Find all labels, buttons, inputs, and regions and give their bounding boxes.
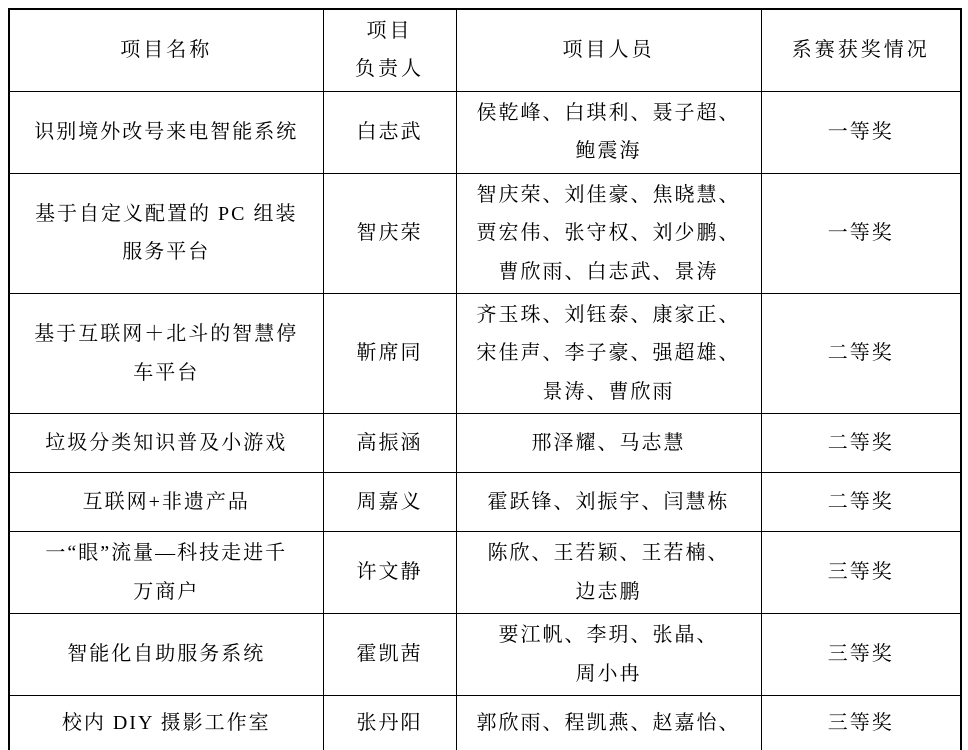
- award-cell: 一等奖: [761, 91, 961, 173]
- project-leader-cell: 高振涵: [323, 414, 456, 473]
- award-cell: 三等奖: [761, 695, 961, 750]
- project-name-cell: 智能化自助服务系统: [9, 614, 323, 696]
- project-leader-cell: 霍凯茜: [323, 614, 456, 696]
- award-cell: 三等奖: [761, 614, 961, 696]
- project-name-cell: 识别境外改号来电智能系统: [9, 91, 323, 173]
- award-cell: 一等奖: [761, 173, 961, 293]
- project-members-cell: 郭欣雨、程凯燕、赵嘉怡、: [456, 695, 761, 750]
- table-row: 校内 DIY 摄影工作室 张丹阳 郭欣雨、程凯燕、赵嘉怡、 三等奖: [9, 695, 961, 750]
- project-members-cell: 侯乾峰、白琪利、聂子超、 鲍震海: [456, 91, 761, 173]
- project-name-cell: 一“眼”流量—科技走进千 万商户: [9, 532, 323, 614]
- project-members-cell: 邢泽耀、马志慧: [456, 414, 761, 473]
- project-leader-cell: 周嘉义: [323, 473, 456, 532]
- column-header-project-members: 项目人员: [456, 9, 761, 91]
- project-members-cell: 齐玉珠、刘钰泰、康家正、 宋佳声、李子豪、强超雄、 景涛、曹欣雨: [456, 293, 761, 413]
- document-page: 项目名称 项目 负责人 项目人员 系赛获奖情况 识别境外改号来电智能系统 白志武…: [0, 0, 968, 750]
- project-leader-cell: 白志武: [323, 91, 456, 173]
- project-leader-cell: 张丹阳: [323, 695, 456, 750]
- table-row: 基于自定义配置的 PC 组装 服务平台 智庆荣 智庆荣、刘佳豪、焦晓慧、 贾宏伟…: [9, 173, 961, 293]
- column-header-award: 系赛获奖情况: [761, 9, 961, 91]
- award-cell: 二等奖: [761, 414, 961, 473]
- project-name-cell: 基于互联网＋北斗的智慧停 车平台: [9, 293, 323, 413]
- project-leader-cell: 智庆荣: [323, 173, 456, 293]
- project-members-cell: 智庆荣、刘佳豪、焦晓慧、 贾宏伟、张守权、刘少鹏、 曹欣雨、白志武、景涛: [456, 173, 761, 293]
- project-name-cell: 垃圾分类知识普及小游戏: [9, 414, 323, 473]
- project-members-cell: 霍跃锋、刘振宇、闫慧栋: [456, 473, 761, 532]
- award-cell: 二等奖: [761, 293, 961, 413]
- project-name-cell: 校内 DIY 摄影工作室: [9, 695, 323, 750]
- project-members-cell: 要江帆、李玥、张晶、 周小冉: [456, 614, 761, 696]
- project-name-cell: 互联网+非遗产品: [9, 473, 323, 532]
- column-header-project-leader: 项目 负责人: [323, 9, 456, 91]
- project-name-cell: 基于自定义配置的 PC 组装 服务平台: [9, 173, 323, 293]
- column-header-project-name: 项目名称: [9, 9, 323, 91]
- table-row: 互联网+非遗产品 周嘉义 霍跃锋、刘振宇、闫慧栋 二等奖: [9, 473, 961, 532]
- table-row: 垃圾分类知识普及小游戏 高振涵 邢泽耀、马志慧 二等奖: [9, 414, 961, 473]
- project-members-cell: 陈欣、王若颖、王若楠、 边志鹏: [456, 532, 761, 614]
- project-awards-table: 项目名称 项目 负责人 项目人员 系赛获奖情况 识别境外改号来电智能系统 白志武…: [8, 8, 962, 750]
- project-leader-cell: 靳席同: [323, 293, 456, 413]
- award-cell: 二等奖: [761, 473, 961, 532]
- header-row: 项目名称 项目 负责人 项目人员 系赛获奖情况: [9, 9, 961, 91]
- table-row: 一“眼”流量—科技走进千 万商户 许文静 陈欣、王若颖、王若楠、 边志鹏 三等奖: [9, 532, 961, 614]
- table-row: 基于互联网＋北斗的智慧停 车平台 靳席同 齐玉珠、刘钰泰、康家正、 宋佳声、李子…: [9, 293, 961, 413]
- table-row: 识别境外改号来电智能系统 白志武 侯乾峰、白琪利、聂子超、 鲍震海 一等奖: [9, 91, 961, 173]
- award-cell: 三等奖: [761, 532, 961, 614]
- table-row: 智能化自助服务系统 霍凯茜 要江帆、李玥、张晶、 周小冉 三等奖: [9, 614, 961, 696]
- project-leader-cell: 许文静: [323, 532, 456, 614]
